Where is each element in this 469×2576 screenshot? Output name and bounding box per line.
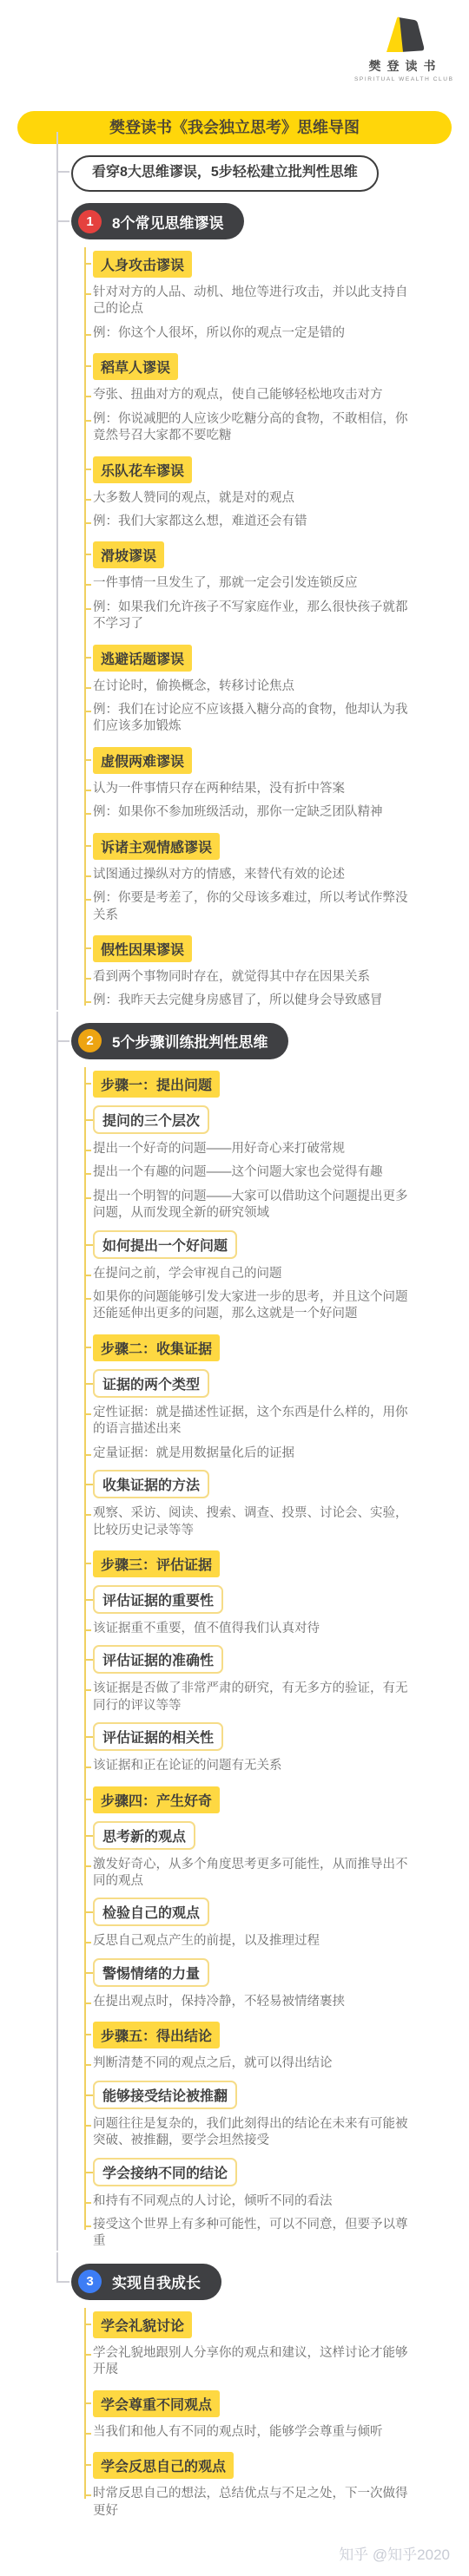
sections-root: 18个常见思维谬误人身攻击谬误针对对方的人品、动机、地位等进行攻击，并以此支持自… [56,192,469,2520]
subtopic-heading: 评估证据的相关性 [93,1722,223,1751]
topic-heading: 诉诸主观情感谬误 [93,833,220,860]
topic-heading: 步骤四：产生好奇 [93,1786,220,1813]
detail-text: 看到两个事物同时存在，就觉得其中存在因果关系 [93,969,416,986]
section-children: 人身攻击谬误针对对方的人品、动机、地位等进行攻击，并以此支持自己的论点例：你这个… [84,251,469,1010]
detail-text: 问题往往是复杂的，我们此刻得出的结论在未来有可能被突破、被推翻，要学会坦然接受 [93,2116,416,2150]
detail-text: 学会礼貌地跟别人分享你的观点和建议，这样讨论才能够开展 [93,2345,416,2379]
detail-text: 提出一个有趣的问题——这个问题大家也会觉得有趣 [93,1164,416,1181]
detail-text: 该证据和正在论证的问题有无关系 [93,1758,416,1774]
subtitle-branch: 看穿8大思维谬误，5步轻松建立批判性思维 [56,144,469,192]
topic-heading: 学会尊重不同观点 [93,2390,220,2417]
detail-text: 判断清楚不同的观点之后，就可以得出结论 [93,2055,416,2072]
detail-text: 如果你的问题能够引发大家进一步的思考，并且这个问题还能延伸出更多的问题，那么这就… [93,1289,416,1323]
detail-text: 提出一个明智的问题——大家可以借助这个问题提出更多问题，从而发现全新的研究领域 [93,1189,416,1222]
subtopic-heading: 能够接受结论被推翻 [93,2081,237,2109]
section-number-badge: 3 [78,2270,102,2293]
detail-text: 时常反思自己的想法，总结优点与不足之处，下一次做得更好 [93,2486,416,2520]
subtopic-heading: 检验自己的观点 [93,1898,209,1926]
topic-heading: 滑坡谬误 [93,541,164,568]
detail-text: 在提出观点时，保持冷静，不轻易被情绪裹挟 [93,1994,416,2010]
detail-text: 和持有不同观点的人讨论，倾听不同的看法 [93,2193,416,2210]
section-title: 8个常见思维谬误 [112,211,223,233]
mindmap-tree: 看穿8大思维谬误，5步轻松建立批判性思维 18个常见思维谬误人身攻击谬误针对对方… [56,144,469,2520]
section-badge: 25个步骤训练批判性思维 [71,1023,288,1059]
detail-text: 针对对方的人品、动机、地位等进行攻击，并以此支持自己的论点 [93,285,416,318]
detail-text: 试图通过操纵对方的情感，来替代有效的论述 [93,867,416,883]
section-title: 实现自我成长 [112,2271,201,2292]
detail-text: 该证据重不重要，值不值得我们认真对待 [93,1621,416,1637]
subtopic-heading: 学会接纳不同的结论 [93,2158,237,2186]
fandeng-logo: 樊登读书 SPIRITUAL WEALTH CLUB [354,14,450,82]
detail-text: 定性证据：就是描述性证据，这个东西是什么样的，用你的语言描述出来 [93,1405,416,1439]
detail-text: 例：我昨天去完健身房感冒了，所以健身会导致感冒 [93,993,416,1009]
topic-heading: 假性因果谬误 [93,935,192,962]
section-badge: 18个常见思维谬误 [71,203,244,239]
section-branch-2: 25个步骤训练批判性思维步骤一：提出问题提问的三个层次提出一个好奇的问题——用好… [56,1012,469,2251]
detail-text: 在提问之前，学会审视自己的问题 [93,1266,416,1282]
detail-text: 例：你说减肥的人应该少吃糖分高的食物，不敢相信，你竟然号召大家都不要吃糖 [93,411,416,445]
detail-text: 例：如果你不参加班级活动，那你一定缺乏团队精神 [93,804,416,821]
section-number-badge: 1 [78,210,102,233]
topic-heading: 步骤五：得出结论 [93,2022,220,2048]
detail-text: 观察、采访、阅读、搜索、调查、投票、讨论会、实验，比较历史记录等等 [93,1505,416,1539]
subtopic-heading: 警惕情绪的力量 [93,1958,209,1987]
topic-heading: 稻草人谬误 [93,353,178,380]
page-title: 樊登读书《我会独立思考》思维导图 [17,111,452,144]
detail-text: 定量证据：就是用数据量化后的证据 [93,1445,416,1462]
detail-text: 大多数人赞同的观点，就是对的观点 [93,490,416,507]
section-badge: 3实现自我成长 [71,2264,221,2300]
book-logo-icon [373,14,431,56]
section-branch-3: 3实现自我成长学会礼貌讨论学会礼貌地跟别人分享你的观点和建议，这样讨论才能够开展… [56,2252,469,2520]
topic-heading: 步骤一：提出问题 [93,1071,220,1098]
detail-text: 例：你这个人很坏，所以你的观点一定是错的 [93,325,416,342]
subtopic-heading: 评估证据的重要性 [93,1585,223,1614]
section-number-badge: 2 [78,1029,102,1052]
detail-text: 夸张、扭曲对方的观点，使自己能够轻松地攻击对方 [93,387,416,403]
detail-text: 例：如果我们允许孩子不写家庭作业，那么很快孩子就都不学习了 [93,600,416,633]
logo-name: 樊登读书 [354,57,450,75]
detail-text: 激发好奇心，从多个角度思考更多可能性，从而推导出不同的观点 [93,1857,416,1891]
topic-heading: 步骤三：评估证据 [93,1550,220,1577]
detail-text: 认为一件事情只存在两种结果，没有折中答案 [93,781,416,797]
logo-subtitle: SPIRITUAL WEALTH CLUB [354,76,450,82]
detail-text: 当我们和他人有不同的观点时，能够学会尊重与倾听 [93,2424,416,2441]
subtopic-heading: 如何提出一个好问题 [93,1230,237,1259]
topic-heading: 逃避话题谬误 [93,645,192,672]
section-title: 5个步骤训练批判性思维 [112,1030,268,1052]
detail-text: 反思自己观点产生的前提，以及推理过程 [93,1933,416,1950]
detail-text: 提出一个好奇的问题——用好奇心来打破常规 [93,1141,416,1157]
watermark: 知乎 @知乎2020 [0,2542,450,2564]
subtopic-heading: 证据的两个类型 [93,1369,209,1398]
detail-text: 例：我们在讨论应不应该摄入糖分高的食物，他却认为我们应该多加锻炼 [93,702,416,736]
detail-text: 该证据是否做了非常严肃的研究，有无多方的验证，有无同行的评议等等 [93,1681,416,1714]
section-branch-1: 18个常见思维谬误人身攻击谬误针对对方的人品、动机、地位等进行攻击，并以此支持自… [56,192,469,1010]
subtitle-node: 看穿8大思维谬误，5步轻松建立批判性思维 [71,155,379,192]
subtopic-heading: 提问的三个层次 [93,1105,209,1134]
section-children: 步骤一：提出问题提问的三个层次提出一个好奇的问题——用好奇心来打破常规提出一个有… [84,1071,469,2251]
topic-heading: 人身攻击谬误 [93,251,192,278]
subtopic-heading: 收集证据的方法 [93,1470,209,1498]
topic-heading: 学会反思自己的观点 [93,2452,234,2479]
topic-heading: 学会礼貌讨论 [93,2311,192,2338]
topic-heading: 步骤二：收集证据 [93,1334,220,1361]
subtopic-heading: 评估证据的准确性 [93,1645,223,1674]
topic-heading: 乐队花车谬误 [93,456,192,483]
detail-text: 接受这个世界上有多种可能性，可以不同意，但要予以尊重 [93,2217,416,2251]
detail-text: 在讨论时，偷换概念，转移讨论焦点 [93,678,416,695]
mindmap-page: 樊登读书 SPIRITUAL WEALTH CLUB 樊登读书《我会独立思考》思… [0,111,469,2564]
detail-text: 例：我们大家都这么想，难道还会有错 [93,514,416,530]
section-children: 学会礼貌讨论学会礼貌地跟别人分享你的观点和建议，这样讨论才能够开展学会尊重不同观… [84,2311,469,2520]
detail-text: 一件事情一旦发生了，那就一定会引发连锁反应 [93,575,416,592]
subtopic-heading: 思考新的观点 [93,1821,195,1850]
topic-heading: 虚假两难谬误 [93,747,192,774]
detail-text: 例：你要是考差了，你的父母该多难过，所以考试作弊没关系 [93,890,416,924]
